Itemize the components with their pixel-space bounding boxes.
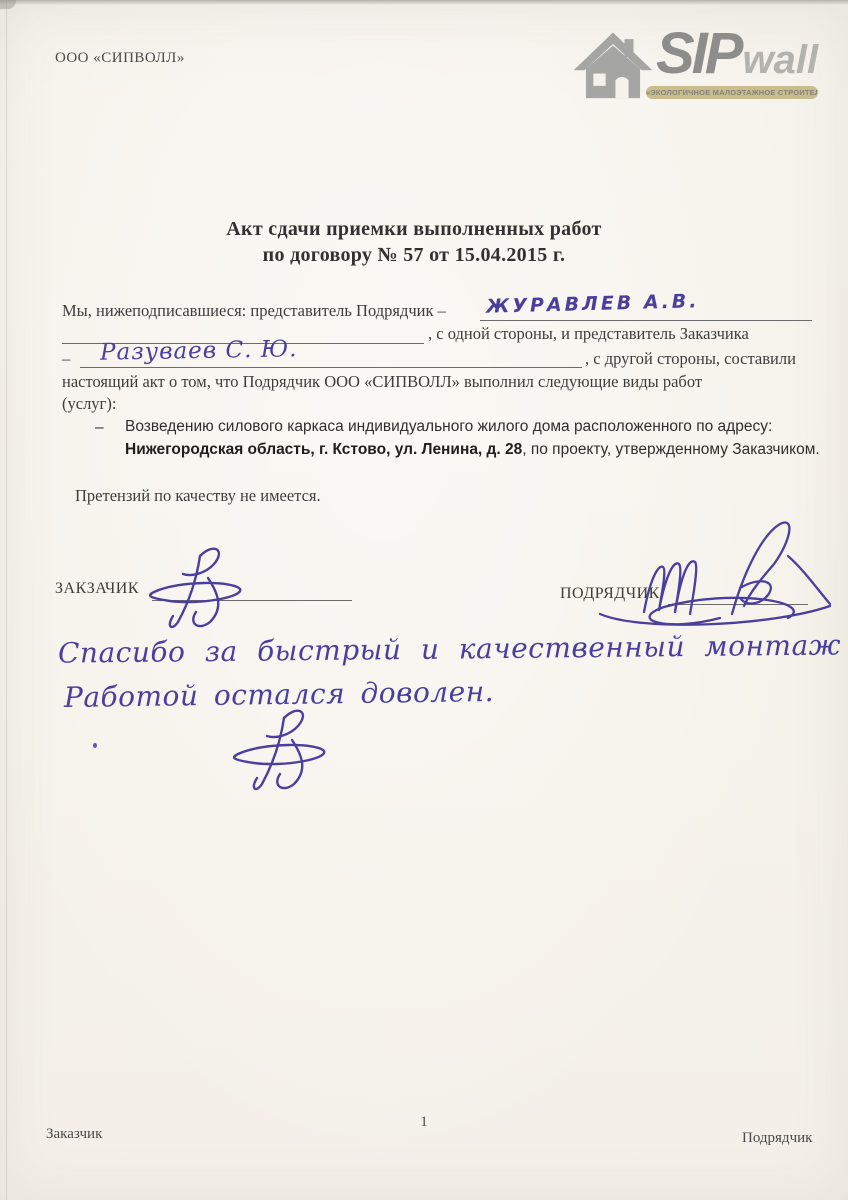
body-line4: настоящий акт о том, что Подрядчик ООО «… [62,372,702,392]
scan-corner-artifact [0,0,16,9]
sipwall-logo: SIPwall «ЭКОЛОГИЧНОЕ МАЛОЭТАЖНОЕ СТРОИТЕ… [570,28,828,106]
logo-tagline: «ЭКОЛОГИЧНОЕ МАЛОЭТАЖНОЕ СТРОИТЕЛЬСТВО» [646,86,818,99]
body-line4-text: настоящий акт о том, что Подрядчик ООО «… [62,372,702,391]
body-line2-text: , с одной стороны, и представитель Заказ… [428,324,749,343]
bottom-signature [222,700,342,796]
page-number: 1 [420,1114,428,1131]
logo-wordmark: SIPwall [656,20,818,87]
body-line1: Мы, нижеподписавшиеся: представитель Под… [62,301,446,321]
footer-contractor: Подрядчик [742,1130,812,1147]
contractor-signature [592,518,848,636]
company-name: ООО «СИПВОЛЛ» [55,50,185,67]
document-title-line1: Акт сдачи приемки выполненных работ [0,218,828,241]
body-line3: , с другой стороны, составили [585,349,796,369]
handwritten-customer-name: Разуваев С. Ю. [100,336,298,365]
bullet-dash-glyph: – [95,419,104,436]
body-line2: , с одной стороны, и представитель Заказ… [428,324,749,344]
bullet-text: Возведению силового каркаса индивидуальн… [125,418,772,436]
footer-customer: Заказчик [46,1126,102,1143]
bullet-text-span: Возведению силового каркаса индивидуальн… [125,418,772,435]
body-line1-text: Мы, нижеподписавшиеся: представитель Под… [62,301,446,320]
body-line5: (услуг): [62,394,116,414]
document-title-line2: по договору № 57 от 15.04.2015 г. [0,244,828,267]
house-icon [572,32,654,102]
body-line3-text: , с другой стороны, составили [585,349,796,368]
address-line: Нижегородская область, г. Кстово, ул. Ле… [125,441,820,459]
scan-edge-top [0,0,848,5]
customer-signature [138,540,258,632]
dash-glyph: – [62,349,70,368]
ink-dot-artifact [93,743,97,748]
scan-edge-left [6,0,7,1200]
address-tail: , по проекту, утвержденному Заказчиком. [522,441,819,458]
body-line3-dash: – [62,349,70,369]
customer-signature-label: ЗАКЗАЧИК [55,580,139,598]
logo-sip-text: SIP [656,21,741,86]
bullet-dash: – [95,419,104,437]
address-bold: Нижегородская область, г. Кстово, ул. Ле… [125,441,522,458]
claims-text: Претензий по качеству не имеется. [75,486,321,505]
handwritten-note-line1: Спасибо за быстрый и качественный монтаж… [58,627,848,669]
scanned-document-page: ООО «СИПВОЛЛ» SIPwall «ЭКОЛОГИЧНОЕ МАЛОЭ… [0,0,848,1200]
claims-line: Претензий по качеству не имеется. [75,486,321,506]
logo-wall-text: wall [743,38,819,82]
body-line5-text: (услуг): [62,394,116,413]
